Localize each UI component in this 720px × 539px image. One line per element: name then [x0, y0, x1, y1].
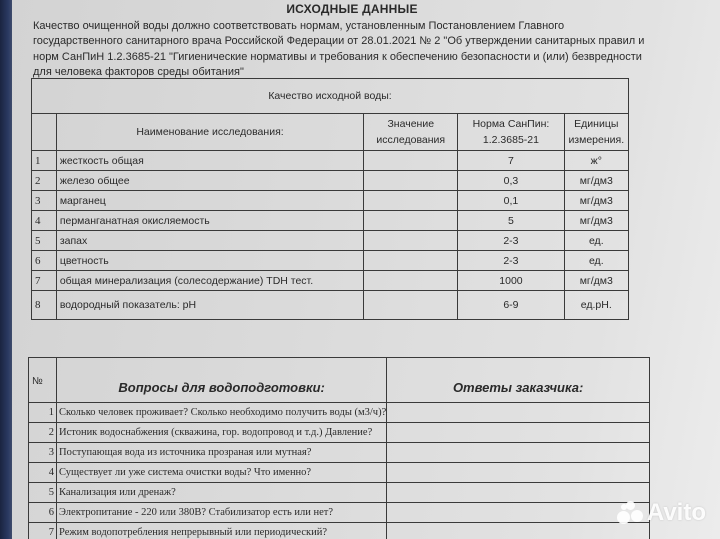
unit-cell: мг/дм3	[564, 211, 628, 231]
row-number: 1	[32, 151, 57, 171]
measured-value-cell[interactable]	[364, 151, 458, 171]
table-row: 7общая минерализация (солесодержание) TD…	[32, 271, 629, 291]
document-title: ИСХОДНЫЕ ДАННЫЕ	[12, 2, 692, 16]
question-text: Истоник водоснабжения (скважина, гор. во…	[57, 423, 387, 443]
avito-watermark: Avito	[617, 499, 706, 527]
norm-value: 2-3	[458, 231, 564, 251]
row-number: 4	[32, 211, 57, 231]
header-unit: Единицы измерения.	[564, 114, 628, 151]
table-row: 3марганец0,1мг/дм3	[32, 191, 629, 211]
parameter-name: водородный показатель: pH	[56, 291, 363, 320]
parameter-name: цветность	[56, 251, 363, 271]
row-number: 3	[32, 191, 57, 211]
parameter-name: запах	[56, 231, 363, 251]
header-num: №	[29, 358, 57, 403]
question-number: 2	[29, 423, 57, 443]
norm-value: 5	[458, 211, 564, 231]
table-caption: Качество исходной воды:	[32, 79, 629, 114]
document-page: ИСХОДНЫЕ ДАННЫЕ Качество очищенной воды …	[12, 0, 720, 539]
table-row: 2железо общее0,3мг/дм3	[32, 171, 629, 191]
norm-value: 2-3	[458, 251, 564, 271]
norm-value: 0,3	[458, 171, 564, 191]
row-number: 5	[32, 231, 57, 251]
table-row: 5Канализация или дренаж?	[29, 483, 650, 503]
question-text: Режим водопотребления непрерывный или пе…	[57, 523, 387, 539]
question-number: 7	[29, 523, 57, 539]
unit-cell: ж°	[564, 151, 628, 171]
unit-cell: ед.pH.	[564, 291, 628, 320]
header-questions: Вопросы для водоподготовки:	[57, 358, 387, 403]
parameter-name: общая минерализация (солесодержание) TDH…	[56, 271, 363, 291]
table-row: 4Существует ли уже система очистки воды?…	[29, 463, 650, 483]
row-number: 7	[32, 271, 57, 291]
question-number: 3	[29, 443, 57, 463]
measured-value-cell[interactable]	[364, 251, 458, 271]
avito-text: Avito	[647, 499, 706, 527]
answer-cell[interactable]	[387, 403, 650, 423]
measured-value-cell[interactable]	[364, 291, 458, 320]
header-name: Наименование исследования:	[56, 114, 363, 151]
row-number: 8	[32, 291, 57, 320]
unit-cell: мг/дм3	[564, 191, 628, 211]
row-number: 2	[32, 171, 57, 191]
table-row: 1Сколько человек проживает? Сколько необ…	[29, 403, 650, 423]
water-quality-table: Качество исходной воды: Наименование исс…	[31, 78, 629, 320]
parameter-name: марганец	[56, 191, 363, 211]
table-row: 1жесткость общая7ж°	[32, 151, 629, 171]
answer-cell[interactable]	[387, 483, 650, 503]
question-number: 1	[29, 403, 57, 423]
table-row: 7Режим водопотребления непрерывный или п…	[29, 523, 650, 539]
question-text: Сколько человек проживает? Сколько необх…	[57, 403, 387, 423]
unit-cell: ед.	[564, 231, 628, 251]
table-row: 6Электропитание - 220 или 380В? Стабилиз…	[29, 503, 650, 523]
norm-value: 0,1	[458, 191, 564, 211]
questions-table: № Вопросы для водоподготовки: Ответы зак…	[28, 357, 650, 539]
measured-value-cell[interactable]	[364, 271, 458, 291]
header-answers: Ответы заказчика:	[387, 358, 650, 403]
question-number: 5	[29, 483, 57, 503]
question-text: Поступающая вода из источника прозраная …	[57, 443, 387, 463]
answer-cell[interactable]	[387, 423, 650, 443]
unit-cell: ед.	[564, 251, 628, 271]
parameter-name: железо общее	[56, 171, 363, 191]
unit-cell: мг/дм3	[564, 171, 628, 191]
question-text: Канализация или дренаж?	[57, 483, 387, 503]
question-number: 4	[29, 463, 57, 483]
question-number: 6	[29, 503, 57, 523]
measured-value-cell[interactable]	[364, 191, 458, 211]
table-row: 5запах2-3ед.	[32, 231, 629, 251]
table-row: 2Истоник водоснабжения (скважина, гор. в…	[29, 423, 650, 443]
norm-value: 1000	[458, 271, 564, 291]
question-text: Существует ли уже система очистки воды? …	[57, 463, 387, 483]
table-row: 4перманганатная окисляемость5мг/дм3	[32, 211, 629, 231]
answer-cell[interactable]	[387, 503, 650, 523]
norm-value: 6-9	[458, 291, 564, 320]
table-row: 8водородный показатель: pH6-9ед.pH.	[32, 291, 629, 320]
question-text: Электропитание - 220 или 380В? Стабилиза…	[57, 503, 387, 523]
intro-paragraph: Качество очищенной воды должно соответст…	[33, 19, 653, 80]
answer-cell[interactable]	[387, 523, 650, 539]
header-norm: Норма СанПин: 1.2.3685-21	[458, 114, 564, 151]
parameter-name: жесткость общая	[56, 151, 363, 171]
row-number: 6	[32, 251, 57, 271]
measured-value-cell[interactable]	[364, 211, 458, 231]
avito-dots-icon	[617, 501, 643, 525]
answer-cell[interactable]	[387, 443, 650, 463]
header-value: Значение исследования	[364, 114, 458, 151]
parameter-name: перманганатная окисляемость	[56, 211, 363, 231]
unit-cell: мг/дм3	[564, 271, 628, 291]
measured-value-cell[interactable]	[364, 231, 458, 251]
table-row: 6цветность2-3ед.	[32, 251, 629, 271]
measured-value-cell[interactable]	[364, 171, 458, 191]
table-row: 3Поступающая вода из источника прозраная…	[29, 443, 650, 463]
answer-cell[interactable]	[387, 463, 650, 483]
norm-value: 7	[458, 151, 564, 171]
header-num	[32, 114, 57, 151]
